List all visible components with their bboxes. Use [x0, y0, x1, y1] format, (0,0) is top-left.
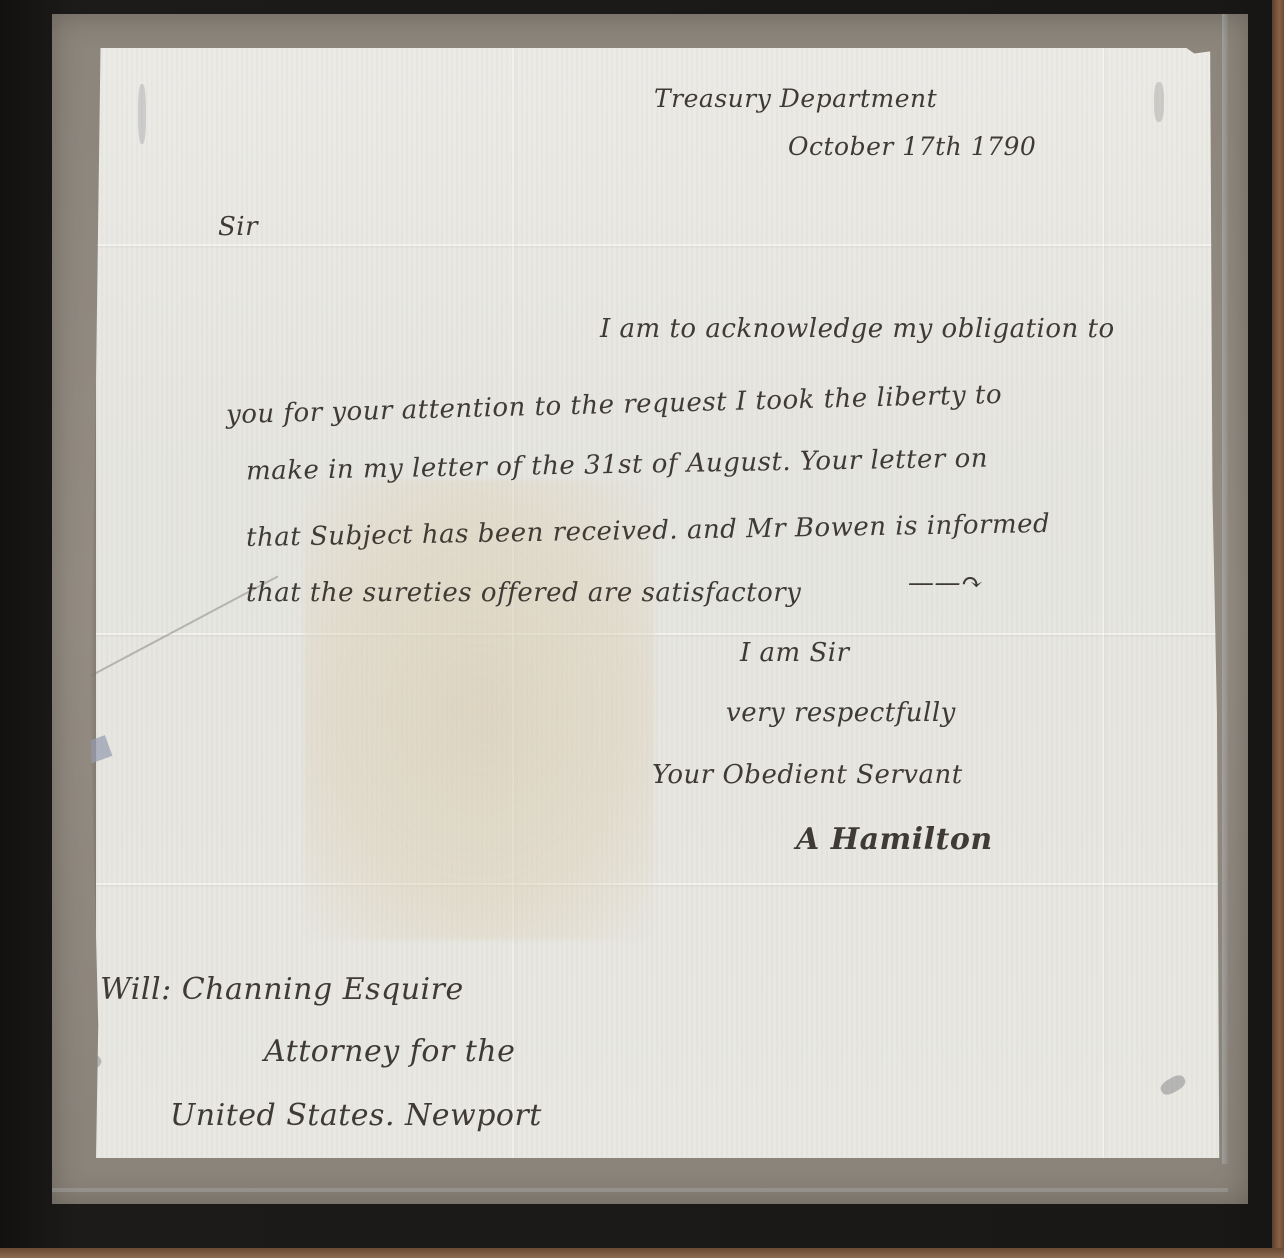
letter-addressee-line: Attorney for the	[264, 1034, 515, 1069]
letter-addressee-line: Will: Channing Esquire	[100, 972, 464, 1007]
letter-closing-line: I am Sir	[740, 638, 850, 668]
ink-flourish: ——↷	[908, 568, 983, 598]
letter-signature: A Hamilton	[796, 822, 993, 857]
paper-fold-line	[96, 883, 1226, 885]
paper-fold-line	[1102, 48, 1104, 1158]
letter-paper: Treasury Department October 17th 1790 Si…	[96, 48, 1226, 1158]
glass-reflection-edge	[1222, 14, 1228, 1164]
paper-fold-line	[96, 244, 1226, 246]
letter-addressee-line: United States. Newport	[170, 1098, 542, 1133]
pencil-mark	[138, 84, 146, 144]
letter-heading-department: Treasury Department	[654, 84, 937, 113]
pencil-mark	[1154, 82, 1164, 122]
wood-surface-right	[1272, 0, 1284, 1258]
letter-body-line: you for your attention to the request I …	[226, 380, 1003, 430]
letter-closing-line: Your Obedient Servant	[652, 760, 963, 790]
letter-salutation: Sir	[218, 212, 258, 242]
wood-surface-bottom	[0, 1248, 1284, 1258]
glass-reflection-bottom	[52, 1188, 1228, 1192]
letter-closing-line: very respectfully	[726, 698, 956, 728]
paper-fold-line	[96, 633, 1226, 635]
letter-body-line: I am to acknowledge my obligation to	[600, 314, 1115, 344]
pencil-smudge	[1158, 1072, 1188, 1097]
letter-body-line: that the sureties offered are satisfacto…	[246, 578, 801, 608]
letter-heading-date: October 17th 1790	[788, 132, 1036, 161]
